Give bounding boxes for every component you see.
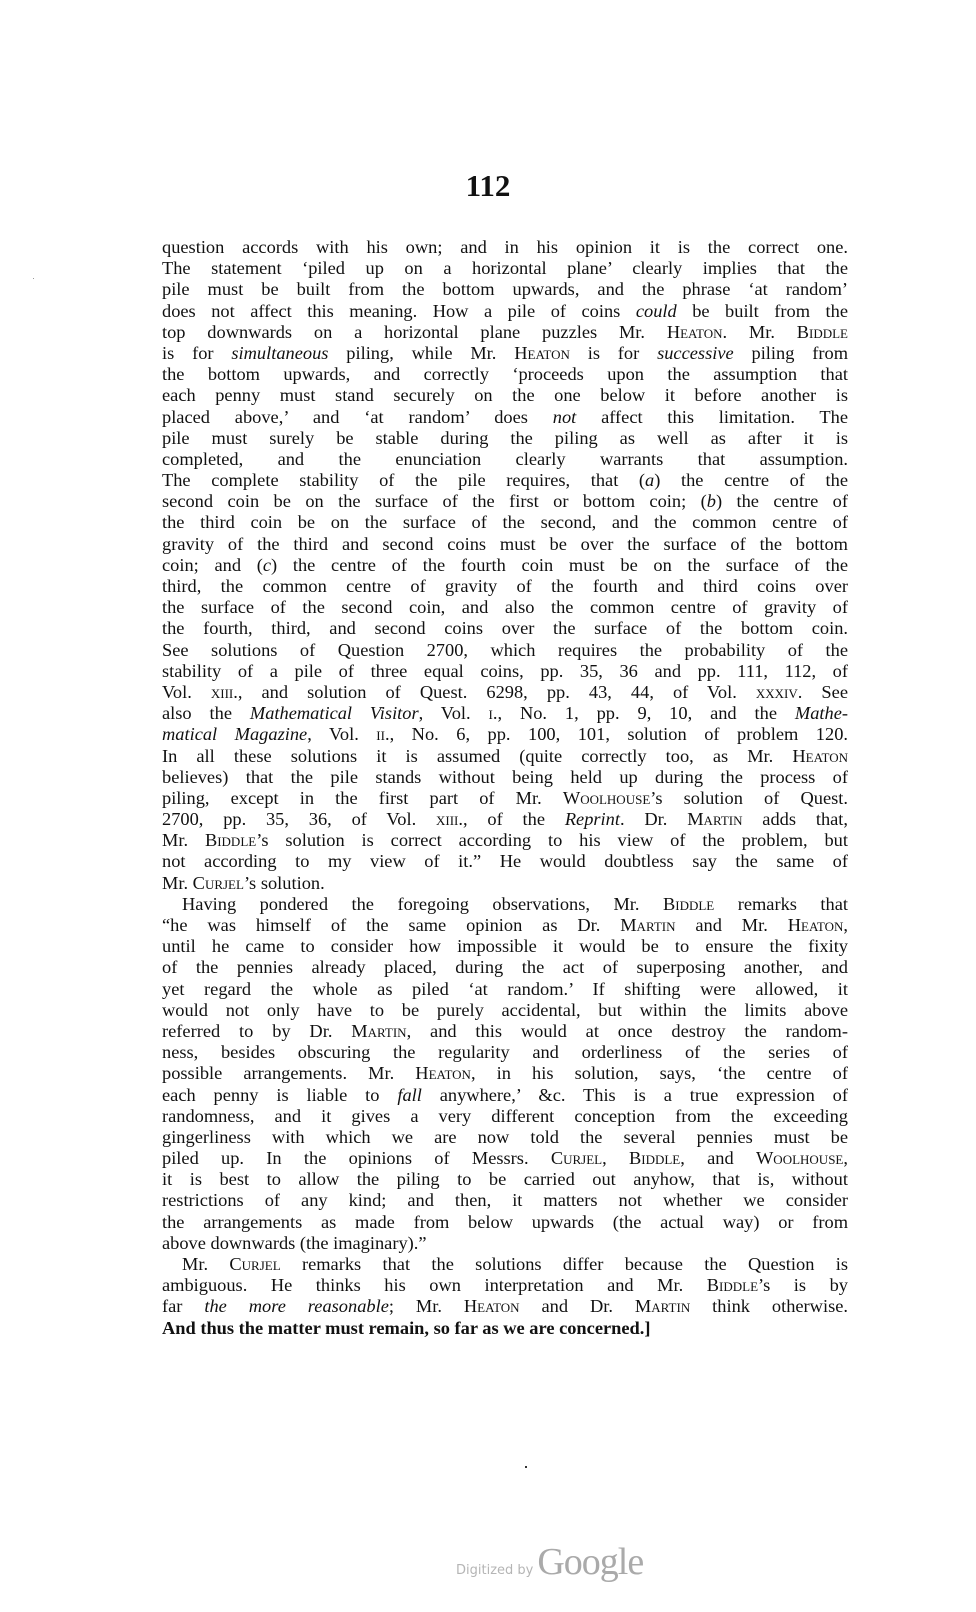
text-run: ’s is by — [758, 1275, 848, 1295]
text-run: ., and solution of Quest. 6298, pp. 43, … — [233, 682, 756, 702]
text-line: third, the common centre of gravity of t… — [162, 576, 848, 597]
scan-dot — [525, 1466, 527, 1468]
text-run: pile must be built from the bottom upwar… — [162, 279, 848, 299]
text-line: top downwards on a horizontal plane puzz… — [162, 322, 848, 343]
text-line: it is best to allow the piling to be car… — [162, 1169, 848, 1190]
text-line: each penny is liable to fall anywhere,’ … — [162, 1085, 848, 1106]
text-line: each penny must stand securely on the on… — [162, 385, 848, 406]
text-run: adds that, — [743, 809, 849, 829]
small-caps-name: Heaton — [514, 343, 570, 363]
italic-text: c — [263, 555, 271, 575]
small-caps-name: xiii — [436, 809, 458, 829]
watermark-prefix: Digitized by — [456, 1563, 533, 1578]
text-line: completed, and the enunciation clearly w… — [162, 449, 848, 470]
small-caps-name: Curjel — [551, 1148, 602, 1168]
text-run: is for — [162, 343, 231, 363]
text-line: See solutions of Question 2700, which re… — [162, 640, 848, 661]
text-run: ., of the — [458, 809, 564, 829]
text-line: ambiguous. He thinks his own interpretat… — [162, 1275, 848, 1296]
text-run: not according to my view of it.” He woul… — [162, 851, 848, 871]
small-caps-name: Martin — [351, 1021, 406, 1041]
text-run: each penny is liable to — [162, 1085, 397, 1105]
text-run: randomness, and it gives a very differen… — [162, 1106, 848, 1126]
text-run: ; Mr. — [389, 1296, 464, 1316]
italic-text: could — [636, 301, 677, 321]
text-run: And thus the matter must remain, so far … — [162, 1318, 651, 1338]
text-run: , and — [680, 1148, 756, 1168]
body-text: question accords with his own; and in hi… — [162, 237, 848, 1339]
text-run: referred to by Dr. — [162, 1021, 351, 1041]
text-line: second coin be on the surface of the fir… — [162, 491, 848, 512]
small-caps-name: xiii — [211, 682, 233, 702]
text-line: does not affect this meaning. How a pile… — [162, 301, 848, 322]
text-run: . Dr. — [620, 809, 687, 829]
text-run: 2700, pp. 35, 36, of Vol. — [162, 809, 436, 829]
text-run: top downwards on a horizontal plane puzz… — [162, 322, 667, 342]
text-line: matical Magazine, Vol. ii., No. 6, pp. 1… — [162, 724, 848, 745]
text-line: is for simultaneous piling, while Mr. He… — [162, 343, 848, 364]
text-run: and Dr. — [520, 1296, 635, 1316]
text-run: ambiguous. He thinks his own interpretat… — [162, 1275, 707, 1295]
text-run: , — [602, 1148, 629, 1168]
text-run: , in his solution, says, ‘the centre of — [471, 1063, 848, 1083]
paragraph: question accords with his own; and in hi… — [162, 237, 848, 894]
text-run: piled up. In the opinions of Messrs. — [162, 1148, 551, 1168]
text-run: would not only have to be purely acciden… — [162, 1000, 848, 1020]
text-run: , — [843, 1148, 848, 1168]
text-line: placed above,’ and ‘at random’ does not … — [162, 407, 848, 428]
text-run: ’s solution. — [244, 873, 325, 893]
text-line: randomness, and it gives a very differen… — [162, 1106, 848, 1127]
digitized-watermark: Digitized by Google — [456, 1540, 643, 1584]
text-run: ’s solution is correct according to his … — [256, 830, 848, 850]
text-line: above downwards (the imaginary).” — [162, 1233, 848, 1254]
text-line: “he was himself of the same opinion as D… — [162, 915, 848, 936]
italic-text: successive — [657, 343, 734, 363]
text-line: 2700, pp. 35, 36, of Vol. xiii., of the … — [162, 809, 848, 830]
text-run: be built from the — [677, 301, 848, 321]
italic-text: not — [553, 407, 577, 427]
text-line: And thus the matter must remain, so far … — [162, 1318, 848, 1339]
text-run: anywhere,’ &c. This is a true expression… — [422, 1085, 848, 1105]
text-run: second coin be on the surface of the fir… — [162, 491, 707, 511]
text-run: pile must surely be stable during the pi… — [162, 428, 848, 448]
text-line: the arrangements as made from below upwa… — [162, 1212, 848, 1233]
text-line: In all these solutions it is assumed (qu… — [162, 746, 848, 767]
text-run: is for — [570, 343, 657, 363]
small-caps-name: Biddle — [707, 1275, 758, 1295]
italic-text: Mathe- — [795, 703, 848, 723]
text-run: , Vol. — [307, 724, 376, 744]
text-run: . See — [798, 682, 848, 702]
small-caps-name: ii — [376, 724, 385, 744]
text-run: ) the centre of the fourth coin must be … — [271, 555, 848, 575]
small-caps-name: Biddle — [663, 894, 714, 914]
text-run: completed, and the enunciation clearly w… — [162, 449, 848, 469]
italic-text: simultaneous — [231, 343, 328, 363]
text-line: stability of a pile of three equal coins… — [162, 661, 848, 682]
text-line: would not only have to be purely acciden… — [162, 1000, 848, 1021]
text-run: In all these solutions it is assumed (qu… — [162, 746, 792, 766]
text-line: the surface of the second coin, and also… — [162, 597, 848, 618]
text-run: See solutions of Question 2700, which re… — [162, 640, 848, 660]
text-line: not according to my view of it.” He woul… — [162, 851, 848, 872]
text-line: Mr. Biddle’s solution is correct accordi… — [162, 830, 848, 851]
text-run: the third coin be on the surface of the … — [162, 512, 848, 532]
text-run: ., No. 6, pp. 100, 101, solution of prob… — [385, 724, 848, 744]
text-run: the bottom upwards, and correctly ‘proce… — [162, 364, 848, 384]
text-run: ., No. 1, pp. 9, 10, and the — [493, 703, 795, 723]
small-caps-name: xxxiv — [756, 682, 798, 702]
text-line: Vol. xiii., and solution of Quest. 6298,… — [162, 682, 848, 703]
text-run: remarks that — [714, 894, 848, 914]
text-run: ’s solution of Quest. — [650, 788, 848, 808]
text-run: possible arrangements. Mr. — [162, 1063, 415, 1083]
text-run: above downwards (the imaginary).” — [162, 1233, 427, 1253]
paragraph: Mr. Curjel remarks that the solutions di… — [162, 1254, 848, 1339]
small-caps-name: Woolhouse — [563, 788, 650, 808]
text-line: The statement ‘piled up on a horizontal … — [162, 258, 848, 279]
italic-text: the more reasonable — [204, 1296, 389, 1316]
text-run: Vol. — [162, 682, 211, 702]
text-run: Having pondered the foregoing observatio… — [182, 894, 663, 914]
text-line: gravity of the third and second coins mu… — [162, 534, 848, 555]
text-run: placed above,’ and ‘at random’ does — [162, 407, 553, 427]
text-line: the bottom upwards, and correctly ‘proce… — [162, 364, 848, 385]
text-line: of the pennies already placed, during th… — [162, 957, 848, 978]
italic-text: fall — [397, 1085, 422, 1105]
text-line: until he came to consider how impossible… — [162, 936, 848, 957]
text-line: believes) that the pile stands without b… — [162, 767, 848, 788]
text-line: Having pondered the foregoing observatio… — [162, 894, 848, 915]
text-run: piling, except in the first part of Mr. — [162, 788, 563, 808]
text-run: third, the common centre of gravity of t… — [162, 576, 848, 596]
text-run: piling from — [734, 343, 848, 363]
text-run: question accords with his own; and in hi… — [162, 237, 848, 257]
italic-text: b — [707, 491, 716, 511]
text-line: also the Mathematical Visitor, Vol. i., … — [162, 703, 848, 724]
text-run: gingerliness with which we are now told … — [162, 1127, 848, 1147]
text-run: each penny must stand securely on the on… — [162, 385, 848, 405]
text-run: affect this limitation. The — [576, 407, 848, 427]
text-line: the third coin be on the surface of the … — [162, 512, 848, 533]
text-run: . Mr. — [722, 322, 796, 342]
italic-text: Mathematical Visitor — [250, 703, 419, 723]
small-caps-name: Biddle — [629, 1148, 680, 1168]
text-line: restrictions of any kind; and then, it m… — [162, 1190, 848, 1211]
text-run: ) the centre of the — [654, 470, 848, 490]
text-run: gravity of the third and second coins mu… — [162, 534, 848, 554]
text-line: ness, besides obscuring the regularity a… — [162, 1042, 848, 1063]
text-run: believes) that the pile stands without b… — [162, 767, 848, 787]
text-run: far — [162, 1296, 204, 1316]
text-run: Mr. — [162, 873, 193, 893]
text-run: , — [843, 915, 848, 935]
text-run: The complete stability of the pile requi… — [162, 470, 645, 490]
text-run: yet regard the whole as piled ‘at random… — [162, 979, 848, 999]
text-run: think otherwise. — [690, 1296, 848, 1316]
text-run: remarks that the solutions differ becaus… — [281, 1254, 848, 1274]
text-run: of the pennies already placed, during th… — [162, 957, 848, 977]
text-line: yet regard the whole as piled ‘at random… — [162, 979, 848, 1000]
text-run: , and this would at once destroy the ran… — [407, 1021, 848, 1041]
small-caps-name: Biddle — [205, 830, 256, 850]
text-run: ) the centre of — [716, 491, 848, 511]
text-run: the surface of the second coin, and also… — [162, 597, 848, 617]
text-run: piling, while Mr. — [328, 343, 514, 363]
small-caps-name: Curjel — [229, 1254, 280, 1274]
text-run: “he was himself of the same opinion as D… — [162, 915, 620, 935]
text-run: the fourth, third, and second coins over… — [162, 618, 848, 638]
text-run: also the — [162, 703, 250, 723]
text-run: stability of a pile of three equal coins… — [162, 661, 848, 681]
small-caps-name: Heaton — [792, 746, 848, 766]
text-run: The statement ‘piled up on a horizontal … — [162, 258, 848, 278]
scan-speck — [33, 278, 34, 279]
text-run: Mr. — [162, 830, 205, 850]
small-caps-name: Martin — [620, 915, 675, 935]
text-line: possible arrangements. Mr. Heaton, in hi… — [162, 1063, 848, 1084]
small-caps-name: Martin — [687, 809, 742, 829]
italic-text: a — [645, 470, 654, 490]
page-number: 112 — [0, 168, 976, 204]
small-caps-name: Biddle — [797, 322, 848, 342]
small-caps-name: Woolhouse — [756, 1148, 843, 1168]
text-line: pile must be built from the bottom upwar… — [162, 279, 848, 300]
small-caps-name: Heaton — [464, 1296, 520, 1316]
small-caps-name: Heaton — [667, 322, 723, 342]
text-run: until he came to consider how impossible… — [162, 936, 848, 956]
text-run: ness, besides obscuring the regularity a… — [162, 1042, 848, 1062]
text-line: Mr. Curjel remarks that the solutions di… — [162, 1254, 848, 1275]
text-line: piling, except in the first part of Mr. … — [162, 788, 848, 809]
text-line: pile must surely be stable during the pi… — [162, 428, 848, 449]
text-run: restrictions of any kind; and then, it m… — [162, 1190, 848, 1210]
text-run: and Mr. — [676, 915, 788, 935]
text-line: Mr. Curjel’s solution. — [162, 873, 848, 894]
text-run: coin; and ( — [162, 555, 263, 575]
text-run: , Vol. — [419, 703, 489, 723]
text-line: the fourth, third, and second coins over… — [162, 618, 848, 639]
google-logo: Google — [537, 1540, 643, 1584]
italic-text: matical Magazine — [162, 724, 307, 744]
text-line: gingerliness with which we are now told … — [162, 1127, 848, 1148]
text-line: piled up. In the opinions of Messrs. Cur… — [162, 1148, 848, 1169]
text-line: The complete stability of the pile requi… — [162, 470, 848, 491]
italic-text: Reprint — [565, 809, 620, 829]
text-line: coin; and (c) the centre of the fourth c… — [162, 555, 848, 576]
text-run: Mr. — [182, 1254, 229, 1274]
small-caps-name: Martin — [635, 1296, 690, 1316]
text-run: does not affect this meaning. How a pile… — [162, 301, 636, 321]
text-line: far the more reasonable; Mr. Heaton and … — [162, 1296, 848, 1317]
text-line: referred to by Dr. Martin, and this woul… — [162, 1021, 848, 1042]
paragraph: Having pondered the foregoing observatio… — [162, 894, 848, 1254]
text-run: it is best to allow the piling to be car… — [162, 1169, 848, 1189]
small-caps-name: Heaton — [415, 1063, 471, 1083]
small-caps-name: Heaton — [788, 915, 844, 935]
text-line: question accords with his own; and in hi… — [162, 237, 848, 258]
text-run: the arrangements as made from below upwa… — [162, 1212, 848, 1232]
small-caps-name: Curjel — [193, 873, 244, 893]
